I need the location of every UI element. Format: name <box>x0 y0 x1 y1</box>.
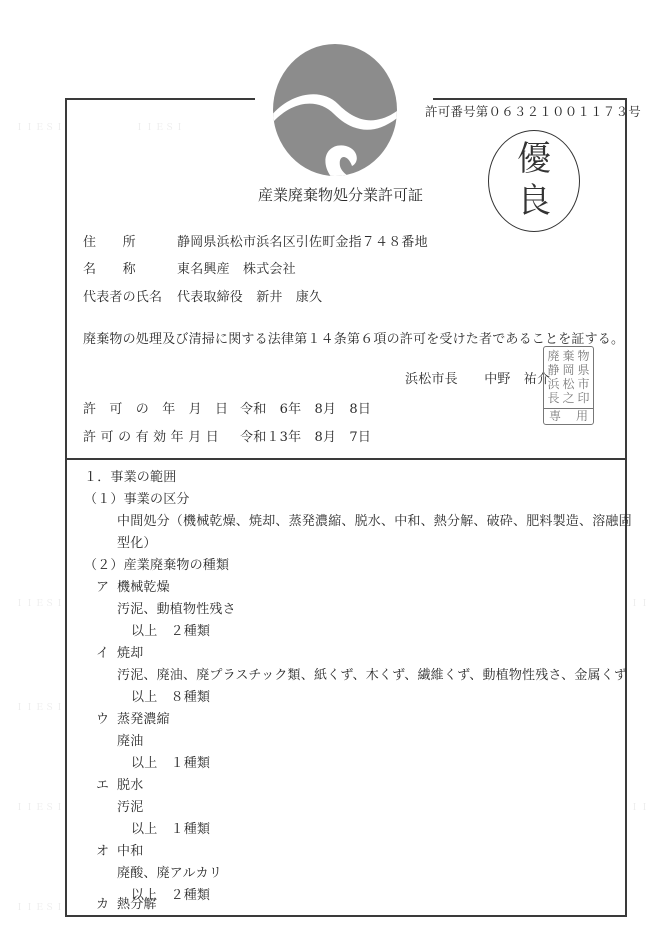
field-label-representative: 代表者の氏名 <box>83 290 162 306</box>
section2-heading: （２）産業廃棄物の種類 <box>84 558 229 574</box>
item-marker: ア <box>96 580 109 596</box>
item-total: 以上 ２種類 <box>131 624 210 640</box>
item-marker: オ <box>96 844 109 860</box>
badge-char-2: 良 <box>489 183 579 219</box>
item-method: 脱水 <box>117 778 143 794</box>
frame-bottom <box>65 915 627 917</box>
seal-char: 松 <box>561 377 576 391</box>
certification-statement: 廃棄物の処理及び清掃に関する法律第１４条第６項の許可を受けた者であることを証する… <box>83 332 624 348</box>
field-value-representative: 代表取締役 新井 康久 <box>177 290 322 306</box>
seal-char: 長 <box>546 391 561 405</box>
seal-char: 県 <box>576 363 591 377</box>
item-method: 蒸発濃縮 <box>117 712 170 728</box>
document-title: 産業廃棄物処分業許可証 <box>258 185 423 205</box>
seal-characters: 廃 棄 物 静 岡 県 浜 松 市 長 之 印 <box>546 349 591 405</box>
frame-left <box>65 98 67 916</box>
excellence-badge: 優 良 <box>488 130 580 232</box>
seal-char: 市 <box>576 377 591 391</box>
item-wastes: 汚泥、動植物性残さ <box>117 602 236 618</box>
section1-line1: 中間処分（機械乾燥、焼却、蒸発濃縮、脱水、中和、熱分解、破砕、肥料製造、溶融固 <box>117 514 632 530</box>
issuer-name: 浜松市長 中野 祐介 <box>405 372 550 388</box>
seal-char: 浜 <box>546 377 561 391</box>
date-value-valid-until: 令和１3年 8月 7日 <box>240 430 371 446</box>
frame-top-right <box>433 98 627 100</box>
city-emblem-logo-icon <box>268 42 402 178</box>
date-label-valid-until: 許 可 の 有 効 年 月 日 <box>83 430 219 446</box>
field-label-name: 名 称 <box>83 262 136 278</box>
section-divider <box>65 458 627 460</box>
item-method: 熱分解 <box>117 897 157 913</box>
seal-char: 廃 <box>546 349 561 363</box>
section1-line2: 型化） <box>117 536 157 552</box>
field-label-address: 住 所 <box>83 235 136 251</box>
item-total: 以上 １種類 <box>131 756 210 772</box>
item-wastes: 廃油 <box>117 734 143 750</box>
item-marker: ウ <box>96 712 109 728</box>
seal-char: 棄 <box>561 349 576 363</box>
item-marker: カ <box>96 897 109 913</box>
date-label-permit: 許 可 の 年 月 日 <box>83 402 228 418</box>
date-value-permit: 令和 6年 8月 8日 <box>240 402 371 418</box>
item-method: 中和 <box>117 844 143 860</box>
seal-char: 印 <box>576 391 591 405</box>
item-wastes: 廃酸、廃アルカリ <box>117 866 222 882</box>
item-marker: エ <box>96 778 109 794</box>
seal-footer: 専 用 <box>544 408 593 423</box>
badge-char-1: 優 <box>489 141 579 177</box>
seal-footer-left: 専 <box>549 409 561 423</box>
item-method: 焼却 <box>117 646 143 662</box>
seal-char: 岡 <box>561 363 576 377</box>
item-total: 以上 ８種類 <box>131 690 210 706</box>
seal-char: 之 <box>561 391 576 405</box>
field-value-name: 東名興産 株式会社 <box>177 262 296 278</box>
frame-right <box>625 98 627 916</box>
item-marker: イ <box>96 646 109 662</box>
scope-heading: １．事業の範囲 <box>84 470 176 486</box>
item-method: 機械乾燥 <box>117 580 170 596</box>
seal-char: 物 <box>576 349 591 363</box>
item-wastes: 汚泥 <box>117 800 143 816</box>
section1-heading: （１）事業の区分 <box>84 492 190 508</box>
seal-char: 静 <box>546 363 561 377</box>
permit-number: 許可番号第０６３２１００１１７３号 <box>425 104 641 120</box>
field-value-address: 静岡県浜松市浜名区引佐町金指７４８番地 <box>177 235 428 251</box>
official-seal: 廃 棄 物 静 岡 県 浜 松 市 長 之 印 専 用 <box>543 346 594 425</box>
frame-top-left <box>65 98 255 100</box>
seal-footer-right: 用 <box>576 409 588 423</box>
item-wastes: 汚泥、廃油、廃プラスチック類、紙くず、木くず、繊維くず、動植物性残さ、金属くず <box>117 668 627 684</box>
item-total: 以上 １種類 <box>131 822 210 838</box>
